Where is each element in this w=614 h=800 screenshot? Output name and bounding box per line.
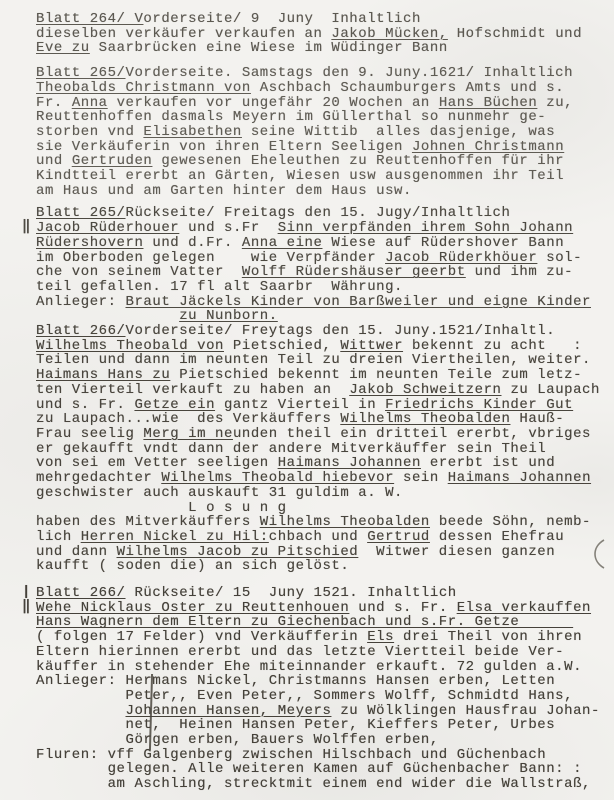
text: Wiese auf Rüdershover Bann: [322, 235, 564, 251]
text: von sei em Vetter seeligen: [36, 455, 278, 471]
text: Peter,, Even Peter,, Sommers Wolff, Schm…: [36, 688, 573, 704]
text: Witwer diesen ganzen: [358, 544, 555, 560]
text: Eltern hierinnen ererbt und das letzte V…: [36, 644, 564, 660]
blatt-265-vorderseite: Blatt 265/Vorderseite. Samstags den 9. J…: [36, 66, 614, 198]
document-body: Blatt 264/ Vorderseite/ 9 Juny Inhaltlic…: [36, 12, 614, 792]
text-line: Rüdershovern und d.Fr. Anna eine Wiese a…: [36, 236, 614, 251]
text-line: von sei em Vetter seeligen Haimans Johan…: [36, 456, 614, 471]
text: am Haus und am Garten hinter dem Haus us…: [36, 183, 412, 199]
text: orderseite/ 9 Juny Inhaltlich: [143, 11, 421, 27]
text: Vorderseite. Samstags den 9. Juny.1621/ …: [126, 65, 574, 81]
text-line: Hans Wagnern dem Eltern zu Giechenbach u…: [36, 615, 614, 630]
text-line: Blatt 266/Vorderseite/ Freytags den 15. …: [36, 324, 614, 339]
text: sein: [394, 470, 448, 486]
text-line: Frau seelig Merg im neunden theil ein dr…: [36, 427, 614, 442]
text: ( folgen 17 Felder) vnd Verkäufferin: [36, 629, 367, 645]
text-line: ( folgen 17 Felder) vnd Verkäufferin Els…: [36, 630, 614, 645]
text: lich: [36, 529, 81, 545]
text: Hauß-: [510, 411, 564, 427]
text-line: und Gertruden gewesenen Eheleuthen zu Re…: [36, 154, 614, 169]
text-line: Peter,, Even Peter,, Sommers Wolff, Schm…: [36, 689, 614, 704]
text-line: Fr. Anna verkaufen vor ungefähr 20 Woche…: [36, 96, 614, 111]
underlined-text: Wilhelms Theobalden: [260, 514, 430, 530]
underlined-text: Gertruden: [72, 153, 153, 169]
text: gewesenen Eheleuthen zu Reuttenhoffen fü…: [152, 153, 564, 169]
text-line: L o s u n g: [36, 501, 614, 516]
text: che von seinem Vatter: [36, 264, 242, 280]
underlined-text: Haimans Hans zu: [36, 367, 170, 383]
underlined-text: Jacob Rüderhouer: [36, 220, 179, 236]
text-line: Teilen und dann im neunten Teil zu dreie…: [36, 353, 614, 368]
underlined-text: Blatt 266/: [36, 585, 126, 601]
text-line: geschwister auch auskauft 31 guldim a. W…: [36, 486, 614, 501]
text-line: Anlieger: Hermans Nickel, Christmanns Ha…: [36, 674, 614, 689]
text: und: [36, 153, 72, 169]
text-line: Blatt 265/Vorderseite. Samstags den 9. J…: [36, 66, 614, 81]
underlined-text: zu Nunborn.: [179, 308, 277, 324]
text: beede Söhn, nemb-: [430, 514, 591, 530]
hand-margin-mark: |: [22, 585, 29, 600]
text-line: Görgen erben, Bauers Wolffen erben,: [36, 733, 614, 748]
underlined-text: Rüdershovern: [36, 235, 143, 251]
scanned-document-page: Blatt 264/ Vorderseite/ 9 Juny Inhaltlic…: [0, 0, 614, 800]
underlined-text: Blatt 264/ V: [36, 11, 143, 27]
text: am Aschling, strecktmit einem end wider …: [36, 776, 591, 792]
text: Saarbrücken eine Wiese im Wüdinger Bann: [90, 40, 448, 56]
text: chbach und: [269, 529, 367, 545]
text: ererbt ist und: [421, 455, 555, 471]
text-line: Eltern hierinnen ererbt und das letzte V…: [36, 645, 614, 660]
text: Görgen erben, Bauers Wolffen erben,: [36, 732, 439, 748]
hand-margin-mark: ‖: [22, 600, 29, 615]
text: Vorderseite/ Freytags den 15. Juny.1521/…: [126, 323, 556, 339]
underlined-text: Blatt 265/: [36, 65, 126, 81]
underlined-text: Eve zu: [36, 40, 90, 56]
text: Rückseite/ 15 Juny 1521. Inhaltlich: [126, 585, 457, 601]
text: kaufft ( soden die) an sich gelöst.: [36, 558, 349, 574]
text-line: gelegen. Alle weiteren Kamen auf Güchenb…: [36, 762, 614, 777]
text: Hofschmidt und: [448, 26, 582, 42]
text: Frau seelig: [36, 426, 143, 442]
blatt-266-rueckseite: |Blatt 266/ Rückseite/ 15 Juny 1521. Inh…: [36, 586, 614, 792]
underlined-text: Theobalds Christmann von: [36, 80, 251, 96]
text-line: zu Nunborn.: [36, 309, 614, 324]
text: zu Laupach: [502, 382, 600, 398]
pen-mark-icon: [588, 538, 610, 570]
text-line: teil gefallen. 17 fl alt Saarbr Währung.: [36, 280, 614, 295]
underlined-text: Sinn verpfänden ihrem Sohn Johann: [278, 220, 573, 236]
text-line: Theobalds Christmann von Aschbach Schaum…: [36, 81, 614, 96]
text-line: Blatt 265/Rückseite/ Freitags den 15. Ju…: [36, 206, 614, 221]
text: Reuttenhoffen dasmals Meyern im Güllerth…: [36, 109, 546, 125]
text: teil gefallen. 17 fl alt Saarbr Währung.: [36, 279, 403, 295]
text-line: storben vnd Elisabethen seine Wittib all…: [36, 125, 614, 140]
text: dessen Ehefrau: [430, 529, 564, 545]
text: und d.Fr.: [143, 235, 241, 251]
text-line: haben des Mitverkäuffers Wilhelms Theoba…: [36, 515, 614, 530]
text: und ihm zu-: [466, 264, 573, 280]
text: Anlieger: Hermans Nickel, Christmanns Ha…: [36, 673, 555, 689]
underlined-text: Haimans Johannen: [278, 455, 421, 471]
text: geschwister auch auskauft 31 guldim a. W…: [36, 485, 403, 501]
text-line: kaufft ( soden die) an sich gelöst.: [36, 559, 614, 574]
text-line: |Blatt 266/ Rückseite/ 15 Juny 1521. Inh…: [36, 586, 614, 601]
text-line: am Haus und am Garten hinter dem Haus us…: [36, 184, 614, 199]
underlined-text: Wolff Rüdershäuser geerbt: [242, 264, 466, 280]
blatt-266-vorderseite: Blatt 266/Vorderseite/ Freytags den 15. …: [36, 324, 614, 574]
text: [36, 308, 179, 324]
text: und s.Fr: [179, 220, 277, 236]
text: unden theil ein dritteil ererbt, vbriges: [233, 426, 591, 442]
text: Kindtteil ererbt an Gärten, Wiesen usw a…: [36, 168, 564, 184]
text: Aschbach Schaumburgers Amts und s.: [251, 80, 564, 96]
text-line: che von seinem Vatter Wolff Rüdershäuser…: [36, 265, 614, 280]
text: mehrgedachter: [36, 470, 161, 486]
underlined-text: Jakob Schweitzern: [349, 382, 501, 398]
text-line: zu Laupach...wie des Verkäuffers Wilhelm…: [36, 412, 614, 427]
text-line: Blatt 264/ Vorderseite/ 9 Juny Inhaltlic…: [36, 12, 614, 27]
text: net, Heinen Hansen Peter, Kieffers Peter…: [36, 717, 555, 733]
hand-margin-mark: ‖: [22, 220, 29, 235]
text: seine Wittib alles dasjenige, was: [242, 124, 555, 140]
text: haben des Mitverkäuffers: [36, 514, 260, 530]
text-line: Eve zu Saarbrücken eine Wiese im Wüdinge…: [36, 41, 614, 56]
underlined-text: Els: [367, 629, 394, 645]
text: drei Theil von ihren: [394, 629, 582, 645]
blatt-265-rueckseite: Blatt 265/Rückseite/ Freitags den 15. Ju…: [36, 206, 614, 324]
text: Pietschied bekennt im neunten Teile zum …: [170, 367, 582, 383]
underlined-text: Haimans Johannen: [448, 470, 591, 486]
underlined-text: Elisabethen: [143, 124, 241, 140]
text: storben vnd: [36, 124, 143, 140]
text-line: mehrgedachter Wilhelms Theobald hiebevor…: [36, 471, 614, 486]
underlined-text: Gertrud: [367, 529, 430, 545]
text-line: am Aschling, strecktmit einem end wider …: [36, 777, 614, 792]
text-line: Kindtteil ererbt an Gärten, Wiesen usw a…: [36, 169, 614, 184]
underlined-text: Herren Nickel zu Hil:: [81, 529, 269, 545]
underlined-text: Anna eine: [242, 235, 323, 251]
underlined-text: Blatt 266/: [36, 323, 126, 339]
text-line: ‖Jacob Rüderhouer und s.Fr Sinn verpfänd…: [36, 221, 614, 236]
text-line: net, Heinen Hansen Peter, Kieffers Peter…: [36, 718, 614, 733]
text: zu Laupach...wie des Verkäuffers: [36, 411, 340, 427]
text-line: lich Herren Nickel zu Hil:chbach und Ger…: [36, 530, 614, 545]
text: ten Vierteil verkauft zu haben an: [36, 382, 349, 398]
underlined-text: Wilhelms Theobalden: [340, 411, 510, 427]
text-line: ten Vierteil verkauft zu haben an Jakob …: [36, 383, 614, 398]
underlined-text: Wilhelms Theobald hiebevor: [161, 470, 394, 486]
blatt-264-vorderseite: Blatt 264/ Vorderseite/ 9 Juny Inhaltlic…: [36, 12, 614, 56]
underlined-text: Merg im ne: [143, 426, 233, 442]
text-line: Haimans Hans zu Pietschied bekennt im ne…: [36, 368, 614, 383]
text-line: Reuttenhoffen dasmals Meyern im Güllerth…: [36, 110, 614, 125]
